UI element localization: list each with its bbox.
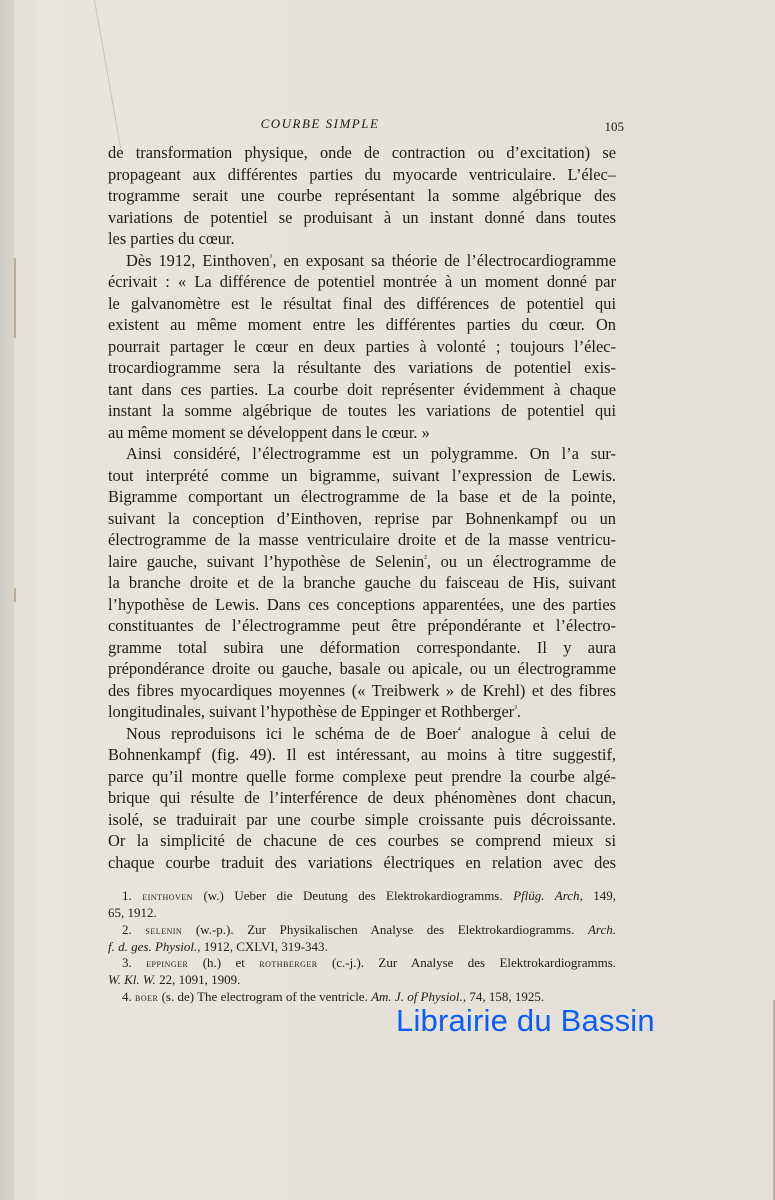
footnote-author: selenin <box>145 925 182 937</box>
text-line: Nous reproduisons ici le schéma de de Bo… <box>108 723 616 745</box>
footnotes: 1. einthoven (w.) Ueber die Deutung des … <box>108 888 616 1006</box>
text-line: variations de potentiel se produisant à … <box>108 207 616 229</box>
text-line: Ainsi considéré, l’électrogramme est un … <box>108 443 616 465</box>
text-line: brique qui résulte de l’interférence de … <box>108 787 616 809</box>
journal-title: W. Kl. W. <box>108 972 156 987</box>
text-line: pourrait partager le cœur en deux partie… <box>108 336 616 358</box>
text-line: des fibres myocardiques moyennes (« Trei… <box>108 680 616 702</box>
paragraph-2: Dès 1912, Einthoven¹, en exposant sa thé… <box>108 250 616 444</box>
text-line: propageant aux différentes parties du my… <box>108 164 616 186</box>
text-line: laire gauche, suivant l’hypothèse de Sel… <box>108 551 616 573</box>
text-line: constituantes de l’électrogramme peut êt… <box>108 615 616 637</box>
running-title: COURBE SIMPLE <box>60 116 580 132</box>
text-line: gramme total subira une déformation corr… <box>108 637 616 659</box>
text-line: instant la somme algébrique de toutes le… <box>108 400 616 422</box>
page-edge-shadow <box>0 0 14 1200</box>
text-line: la branche droite et de la branche gauch… <box>108 572 616 594</box>
journal-title: Pflüg. Arch <box>513 888 579 903</box>
journal-title: Arch. <box>588 922 616 937</box>
paragraph-4: Nous reproduisons ici le schéma de de Bo… <box>108 723 616 874</box>
text-line: de transformation physique, onde de cont… <box>108 142 616 164</box>
text-line: suivant la conception d’Einthoven, repri… <box>108 508 616 530</box>
running-head: COURBE SIMPLE 105 <box>110 116 630 136</box>
text-line: chaque courbe traduit des variations éle… <box>108 852 616 874</box>
text-line: écrivait : « La différence de potentiel … <box>108 271 616 293</box>
binding-mark <box>14 588 16 602</box>
text-line: les parties du cœur. <box>108 228 616 250</box>
text-line: l’hypothèse de Lewis. Dans ces conceptio… <box>108 594 616 616</box>
text-line: Dès 1912, Einthoven¹, en exposant sa thé… <box>108 250 616 272</box>
body-text: de transformation physique, onde de cont… <box>108 142 616 873</box>
footnote-2: 2. selenin (w.-p.). Zur Physikalischen A… <box>108 922 616 956</box>
text-line: au même moment se développent dans le cœ… <box>108 422 616 444</box>
text-line: isolé, se traduirait par une courbe simp… <box>108 809 616 831</box>
text-line: longitudinales, suivant l’hypothèse de E… <box>108 701 616 723</box>
paragraph-3: Ainsi considéré, l’électrogramme est un … <box>108 443 616 723</box>
binding-mark <box>14 258 16 338</box>
text-line: trocardiogramme sera la résultante des v… <box>108 357 616 379</box>
page-number: 105 <box>605 119 625 135</box>
footnote-1: 1. einthoven (w.) Ueber die Deutung des … <box>108 888 616 922</box>
footnote-author: einthoven <box>142 891 193 903</box>
footnote-author: boer <box>135 992 158 1004</box>
text-line: le galvanomètre est le résultat final de… <box>108 293 616 315</box>
text-line: Bigramme comportant un électrogramme de … <box>108 486 616 508</box>
journal-title: f. d. ges. Physiol. <box>108 939 197 954</box>
text-line: parce qu’il montre quelle forme complexe… <box>108 766 616 788</box>
text-line: existent au même moment entre les différ… <box>108 314 616 336</box>
footnote-author: eppinger <box>146 958 188 970</box>
footnote-3: 3. eppinger (h.) et rothberger (c.-j.). … <box>108 955 616 989</box>
text-line: tout interprété comme un bigramme, suiva… <box>108 465 616 487</box>
text-line: tant dans ces parties. La courbe doit re… <box>108 379 616 401</box>
text-line: prépondérance droite ou gauche, basale o… <box>108 658 616 680</box>
journal-title: Am. J. of Physiol. <box>371 989 463 1004</box>
paragraph-1: de transformation physique, onde de cont… <box>108 142 616 250</box>
text-line: Or la simplicité de chacune de ces courb… <box>108 830 616 852</box>
text-line: électrogramme de la masse ventriculaire … <box>108 529 616 551</box>
watermark-text: Librairie du Bassin <box>396 1003 655 1039</box>
footnote-author: rothberger <box>259 958 317 970</box>
text-line: Bohnenkampf (fig. 49). Il est intéressan… <box>108 744 616 766</box>
text-line: trogramme serait une courbe représentant… <box>108 185 616 207</box>
